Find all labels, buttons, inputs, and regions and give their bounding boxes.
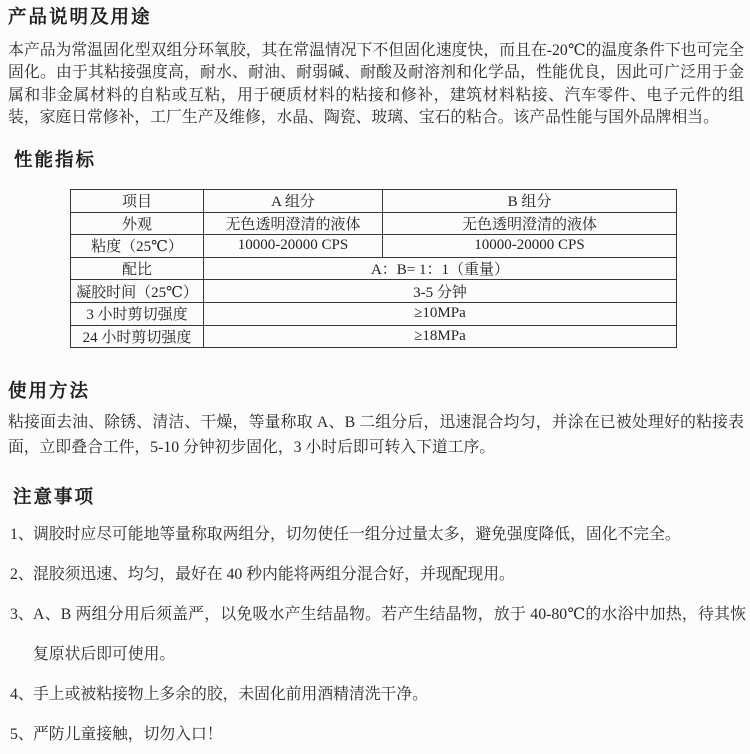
list-item-text: 调胶时应尽可能地等量称取两组分，切勿使任一组分过量太多，避免强度降低，固化不完全… [33,526,681,543]
row-label: 24 小时剪切强度 [71,325,204,348]
cell-value: 10000-20000 CPS [383,235,677,258]
product-description-title: 产品说明及用途 [8,3,152,29]
list-item-number: 5、 [10,715,34,754]
row-label: 粘度（25℃） [71,235,204,258]
table-row-gel-time: 凝胶时间（25℃） 3-5 分钟 [71,280,677,303]
table-header-row: 项目 A 组分 B 组分 [71,190,677,213]
list-item-number: 2、 [10,555,34,595]
table-row-shear-24h: 24 小时剪切强度 ≥18MPa [71,325,677,348]
table-row-ratio: 配比 A：B= 1：1（重量） [71,257,677,280]
row-label: 外观 [71,212,204,235]
table-row-viscosity: 粘度（25℃） 10000-20000 CPS 10000-20000 CPS [71,235,677,258]
header-cell-item: 项目 [71,190,204,213]
notes-title: 注意事项 [13,483,95,509]
cell-value: 10000-20000 CPS [204,235,383,258]
cell-value-span: 3-5 分钟 [204,280,677,303]
specs-table: 项目 A 组分 B 组分 外观 无色透明澄清的液体 无色透明澄清的液体 粘度（2… [70,189,677,348]
list-item: 4、 手上或被粘接物上多余的胶，未固化前用酒精清洗干净。 [10,675,746,715]
list-item: 1、 调胶时应尽可能地等量称取两组分，切勿使任一组分过量太多，避免强度降低，固化… [10,515,746,555]
product-description-text: 本产品为常温固化型双组分环氧胶，其在常温情况下不但固化速度快，而且在-20℃的温… [8,40,744,130]
list-item-text: A、B 两组分用后须盖严，以免吸水产生结晶物。若产生结晶物，放于 40-80℃的… [33,606,746,663]
cell-value-span: A：B= 1：1（重量） [204,257,677,280]
list-item: 5、 严防儿童接触，切勿入口！ [10,715,746,754]
row-label: 3 小时剪切强度 [71,302,204,325]
list-item-text: 手上或被粘接物上多余的胶，未固化前用酒精清洗干净。 [33,686,428,703]
table-row-appearance: 外观 无色透明澄清的液体 无色透明澄清的液体 [71,212,677,235]
list-item-number: 4、 [10,675,34,715]
list-item-text: 严防儿童接触，切勿入口！ [33,726,223,743]
usage-title: 使用方法 [8,377,90,403]
row-label: 凝胶时间（25℃） [71,280,204,303]
list-item: 3、 A、B 两组分用后须盖严，以免吸水产生结晶物。若产生结晶物，放于 40-8… [10,595,746,675]
list-item: 2、 混胶须迅速、均匀，最好在 40 秒内能将两组分混合好，并现配现用。 [10,555,746,595]
usage-text: 粘接面去油、除锈、清洁、干燥，等量称取 A、B 二组分后，迅速混合均匀，并涂在已… [8,410,744,460]
header-cell-component-a: A 组分 [204,190,383,213]
cell-value-span: ≥10MPa [204,302,677,325]
row-label: 配比 [71,257,204,280]
list-item-number: 1、 [10,515,34,555]
notes-list: 1、 调胶时应尽可能地等量称取两组分，切勿使任一组分过量太多，避免强度降低，固化… [10,515,746,754]
specs-title: 性能指标 [14,146,96,172]
list-item-number: 3、 [10,595,34,635]
table-row-shear-3h: 3 小时剪切强度 ≥10MPa [71,302,677,325]
cell-value-span: ≥18MPa [204,325,677,348]
page: { "page": { "background": "#fcfcfc", "te… [0,0,750,754]
cell-value: 无色透明澄清的液体 [204,212,383,235]
cell-value: 无色透明澄清的液体 [383,212,677,235]
header-cell-component-b: B 组分 [383,190,677,213]
list-item-text: 混胶须迅速、均匀，最好在 40 秒内能将两组分混合好，并现配现用。 [33,566,515,583]
